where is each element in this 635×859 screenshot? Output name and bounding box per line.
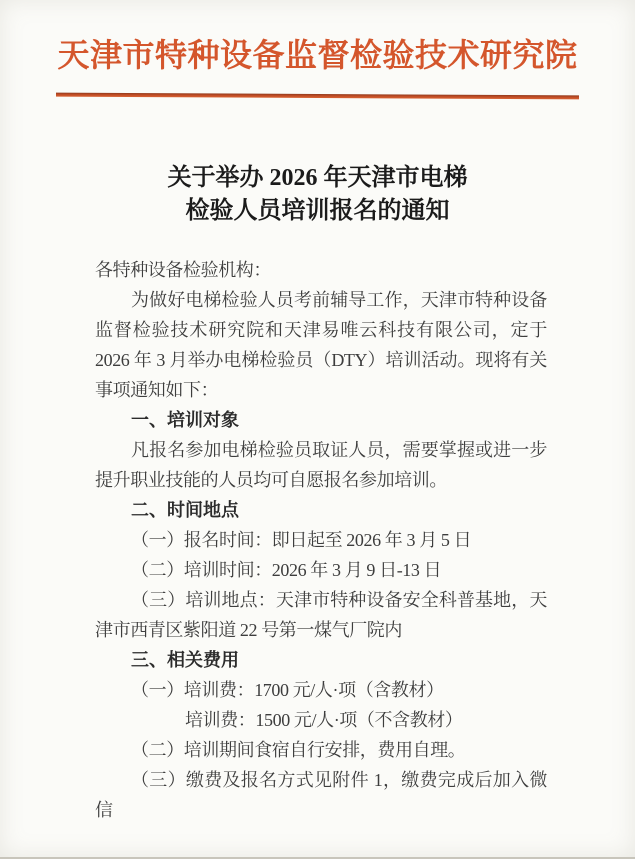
section-2-item-training-location: （三）培训地点：天津市特种设备安全科普基地，天津市西青区紫阳道 22 号第一煤气… (95, 585, 547, 645)
section-2-item-training-time: （二）培训时间：2026 年 3 月 9 日-13 日 (95, 555, 547, 585)
document-header: 天津市特种设备监督检验技术研究院 (0, 0, 635, 98)
doc-title-line2: 检验人员培训报名的通知 (0, 195, 635, 228)
doc-body: 各特种设备检验机构： 为做好电梯检验人员考前辅导工作，天津市特种设备监督检验技术… (95, 255, 547, 825)
doc-title-line1: 关于举办 2026 年天津市电梯 (0, 162, 635, 195)
section-2-heading: 二、时间地点 (95, 495, 547, 525)
org-name: 天津市特种设备监督检验技术研究院 (0, 32, 635, 78)
section-2-item-registration-time: （一）报名时间：即日起至 2026 年 3 月 5 日 (95, 525, 547, 555)
doc-title: 关于举办 2026 年天津市电梯 检验人员培训报名的通知 (0, 162, 635, 228)
document-page: 天津市特种设备监督检验技术研究院 关于举办 2026 年天津市电梯 检验人员培训… (0, 0, 635, 859)
section-3-item-payment-method: （三）缴费及报名方式见附件 1，缴费完成后加入微信 (95, 765, 547, 825)
header-rule (56, 93, 579, 100)
section-3-item-fee-without-textbook: 培训费：1500 元/人·项（不含教材） (95, 705, 547, 735)
section-1-paragraph: 凡报名参加电梯检验员取证人员，需要掌握或进一步提升职业技能的人员均可自愿报名参加… (95, 435, 547, 495)
section-1-heading: 一、培训对象 (95, 405, 547, 435)
section-3-item-board-lodging: （二）培训期间食宿自行安排，费用自理。 (95, 735, 547, 765)
section-3-heading: 三、相关费用 (95, 645, 547, 675)
salutation: 各特种设备检验机构： (95, 255, 547, 285)
section-3-item-fee-with-textbook: （一）培训费：1700 元/人·项（含教材） (95, 675, 547, 705)
intro-paragraph: 为做好电梯检验人员考前辅导工作，天津市特种设备监督检验技术研究院和天津易唯云科技… (95, 285, 547, 405)
